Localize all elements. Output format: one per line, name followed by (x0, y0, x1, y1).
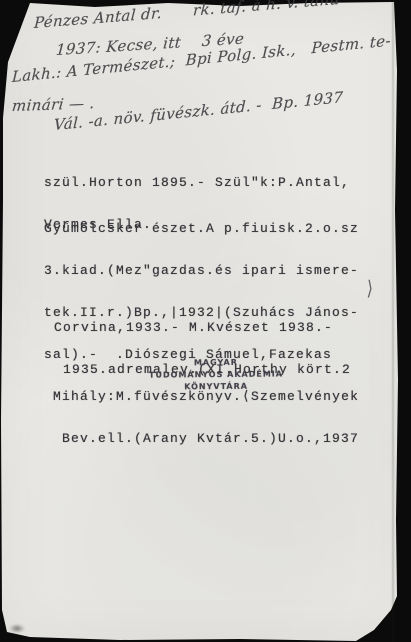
typed-line: Gyümölcsker észet.A p.fiuisk.2.o.sz (44, 222, 359, 236)
hand-drawn-bracket: ⟩ (366, 276, 373, 300)
stamp-line: TUDOMÁNYOS AKADÉMIA (140, 368, 292, 381)
handwritten-line: minári — . (11, 94, 96, 115)
ink-smudge (9, 624, 25, 633)
stamp-line: KÖNYVTÁRA (140, 380, 292, 393)
library-stamp: MAGYAR TUDOMÁNYOS AKADÉMIA KÖNYVTÁRA (140, 356, 292, 393)
typed-line: 3.kiad.(Mez"gazdas.és ipari ismere- (44, 264, 359, 278)
typed-line: Bev.ell.(Arany Kvtár.5.)U.o.,1937 (44, 432, 359, 446)
typed-line: Corvina,1933.- M.Kvészet 1938.- (54, 321, 351, 335)
scanned-catalog-card: Pénzes Antal dr. rk. taf. á h. v. tanú 1… (0, 0, 411, 642)
typed-line: szül.Horton 1895.- Szül"k:P.Antal, (44, 176, 350, 190)
paper-edge-shadow (392, 0, 394, 642)
